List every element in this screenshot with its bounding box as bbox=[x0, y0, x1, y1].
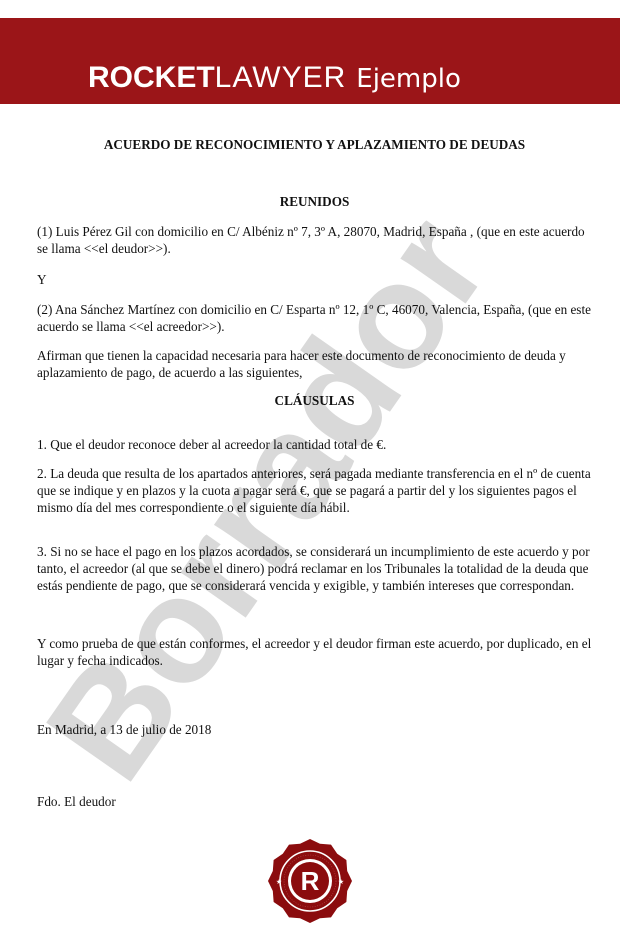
brand-suffix: Ejemplo bbox=[356, 64, 461, 94]
document-title: ACUERDO DE RECONOCIMIENTO Y APLAZAMIENTO… bbox=[37, 136, 592, 153]
brand-rocket: ROCKET bbox=[88, 61, 215, 94]
affirmation-paragraph: Afirman que tienen la capacidad necesari… bbox=[37, 347, 592, 381]
brand-lawyer: LAWYER bbox=[215, 61, 347, 94]
clause-3: 3. Si no se hace el pago en los plazos a… bbox=[37, 543, 592, 594]
rocketlawyer-seal-icon: R ★ ★ bbox=[268, 836, 352, 926]
section-reunidos: REUNIDOS bbox=[37, 193, 592, 210]
svg-text:R: R bbox=[301, 866, 320, 896]
svg-text:★: ★ bbox=[338, 878, 344, 886]
brand-logo: ROCKETLAWYEREjemplo bbox=[88, 58, 461, 99]
clause-1: 1. Que el deudor reconoce deber al acree… bbox=[37, 436, 592, 453]
closing-paragraph: Y como prueba de que están conformes, el… bbox=[37, 635, 592, 669]
party1-paragraph: (1) Luis Pérez Gil con domicilio en C/ A… bbox=[37, 223, 592, 257]
svg-text:★: ★ bbox=[276, 878, 282, 886]
place-date: En Madrid, a 13 de julio de 2018 bbox=[37, 721, 592, 738]
section-clausulas: CLÁUSULAS bbox=[37, 392, 592, 409]
signature-line: Fdo. El deudor bbox=[37, 793, 592, 810]
clause-2: 2. La deuda que resulta de los apartados… bbox=[37, 465, 592, 516]
conjunction: Y bbox=[37, 271, 592, 288]
party2-paragraph: (2) Ana Sánchez Martínez con domicilio e… bbox=[37, 301, 592, 335]
brand-header: ROCKETLAWYEREjemplo bbox=[0, 18, 620, 104]
